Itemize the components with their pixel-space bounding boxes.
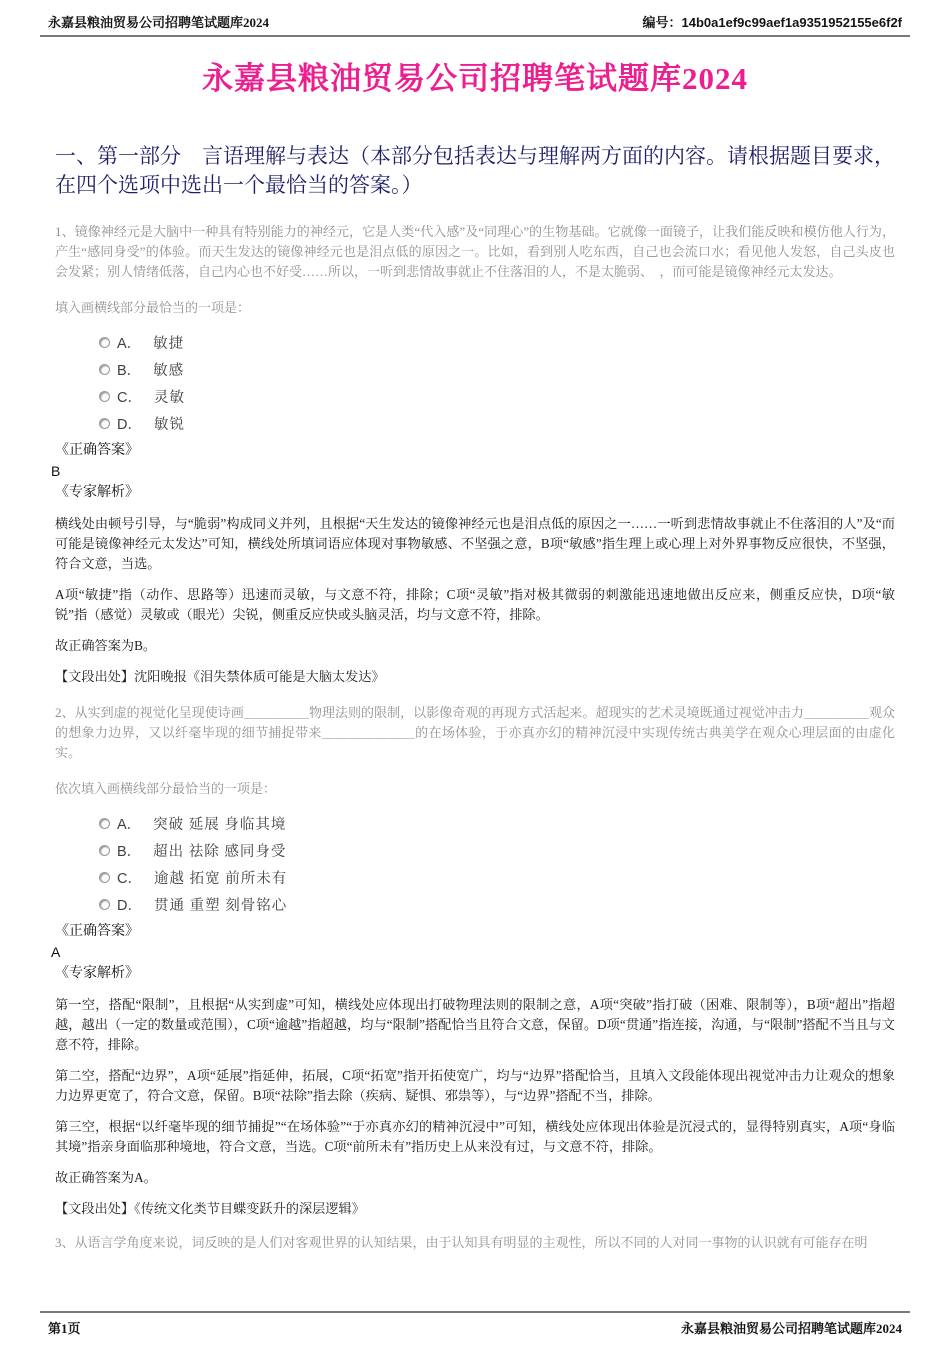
document-title: 永嘉县粮油贸易公司招聘笔试题库2024 (0, 53, 950, 98)
radio-button[interactable] (99, 337, 110, 348)
fill-in-prompt: 依次填入画横线部分最恰当的一项是： (55, 779, 895, 799)
option-row-d[interactable]: D． 敏锐 (99, 413, 950, 433)
option-letter: D． (117, 413, 142, 434)
document-header: 永嘉县粮油贸易公司招聘笔试题库2024 编号：14b0a1ef9c99aef1a… (40, 0, 910, 37)
footer-doc-title: 永嘉县粮油贸易公司招聘笔试题库2024 (681, 1318, 902, 1337)
radio-button[interactable] (99, 818, 110, 829)
analysis-conclusion: 故正确答案为B。 (55, 636, 895, 656)
correct-answer-label: 《正确答案》 (55, 921, 895, 942)
expert-analysis-label: 《专家解析》 (55, 963, 895, 984)
analysis-paragraph: A项“敏捷”指（动作、思路等）迅速而灵敏，与文意不符，排除；C项“灵敏”指对极其… (55, 585, 895, 625)
answer-block: 《正确答案》 A 《专家解析》 (55, 921, 895, 984)
radio-button[interactable] (99, 364, 110, 375)
option-letter: B． (117, 840, 141, 861)
radio-button[interactable] (99, 899, 110, 910)
page: 永嘉县粮油贸易公司招聘笔试题库2024 编号：14b0a1ef9c99aef1a… (0, 0, 950, 1345)
answer-block: 《正确答案》 B 《专家解析》 (55, 440, 895, 503)
radio-button[interactable] (99, 872, 110, 883)
option-text: 敏锐 (154, 413, 185, 434)
fill-in-prompt: 填入画横线部分最恰当的一项是： (55, 298, 895, 318)
question-block-2: 2、从实到虚的视觉化呈现使诗画＿＿＿＿＿物理法则的限制，以影像奇观的再现方式活起… (0, 703, 950, 1219)
option-text: 灵敏 (154, 386, 185, 407)
header-doc-id: 编号：14b0a1ef9c99aef1a9351952155e6f2f (643, 12, 902, 31)
option-text: 贯通 重塑 刻骨铭心 (154, 894, 287, 915)
header-title: 永嘉县粮油贸易公司招聘笔试题库2024 (48, 12, 269, 31)
question-stem: 1、镜像神经元是大脑中一种具有特别能力的神经元，它是人类“代入感”及“同理心”的… (55, 222, 895, 282)
analysis-paragraph: 第一空，搭配“限制”，且根据“从实到虚”可知，横线处应体现出打破物理法则的限制之… (55, 995, 895, 1055)
options-list: A． 突破 延展 身临其境 B． 超出 祛除 感同身受 C． 逾越 拓宽 前所未… (99, 813, 950, 914)
option-letter: A． (117, 332, 141, 353)
option-letter: C． (117, 867, 142, 888)
option-row-d[interactable]: D． 贯通 重塑 刻骨铭心 (99, 894, 950, 914)
option-row-a[interactable]: A． 敏捷 (99, 332, 950, 352)
option-row-b[interactable]: B． 敏感 (99, 359, 950, 379)
option-letter: C． (117, 386, 142, 407)
option-text: 敏捷 (153, 332, 184, 353)
option-text: 敏感 (153, 359, 184, 380)
passage-source: 【文段出处】沈阳晚报《泪失禁体质可能是大脑太发达》 (55, 667, 895, 687)
footer-page-number: 第1页 (48, 1318, 81, 1337)
page-footer: 第1页 永嘉县粮油贸易公司招聘笔试题库2024 (0, 1311, 950, 1345)
option-row-a[interactable]: A． 突破 延展 身临其境 (99, 813, 950, 833)
passage-source: 【文段出处】《传统文化类节目蝶变跃升的深层逻辑》 (55, 1199, 895, 1219)
options-list: A． 敏捷 B． 敏感 C． 灵敏 D． 敏锐 (99, 332, 950, 433)
correct-answer-value: B (51, 461, 895, 482)
question-stem: 2、从实到虚的视觉化呈现使诗画＿＿＿＿＿物理法则的限制，以影像奇观的再现方式活起… (55, 703, 895, 763)
analysis-paragraph: 第二空，搭配“边界”，A项“延展”指延伸，拓展，C项“拓宽”指开拓使宽广，均与“… (55, 1066, 895, 1106)
analysis-conclusion: 故正确答案为A。 (55, 1168, 895, 1188)
radio-button[interactable] (99, 391, 110, 402)
option-letter: B． (117, 359, 141, 380)
option-letter: D． (117, 894, 142, 915)
expert-analysis-label: 《专家解析》 (55, 482, 895, 503)
doc-id-value: 14b0a1ef9c99aef1a9351952155e6f2f (682, 15, 902, 30)
doc-id-label: 编号： (643, 15, 682, 30)
analysis-paragraph: 横线处由顿号引导，与“脆弱”构成同义并列，且根据“天生发达的镜像神经元也是泪点低… (55, 514, 895, 574)
option-text: 逾越 拓宽 前所未有 (154, 867, 287, 888)
option-row-c[interactable]: C． 灵敏 (99, 386, 950, 406)
radio-button[interactable] (99, 845, 110, 856)
next-question-preview: 3、从语言学角度来说，词反映的是人们对客观世界的认知结果，由于认知具有明显的主观… (55, 1233, 895, 1253)
section-heading: 一、第一部分 言语理解与表达（本部分包括表达与理解两方面的内容。请根据题目要求，… (55, 142, 895, 200)
option-text: 超出 祛除 感同身受 (153, 840, 286, 861)
correct-answer-value: A (51, 942, 895, 963)
analysis-paragraph: 第三空，根据“以纤毫毕现的细节捕捉”“在场体验”“于亦真亦幻的精神沉浸中”可知，… (55, 1117, 895, 1157)
option-row-b[interactable]: B． 超出 祛除 感同身受 (99, 840, 950, 860)
question-block-1: 1、镜像神经元是大脑中一种具有特别能力的神经元，它是人类“代入感”及“同理心”的… (0, 222, 950, 687)
option-row-c[interactable]: C． 逾越 拓宽 前所未有 (99, 867, 950, 887)
correct-answer-label: 《正确答案》 (55, 440, 895, 461)
radio-button[interactable] (99, 418, 110, 429)
option-text: 突破 延展 身临其境 (153, 813, 286, 834)
option-letter: A． (117, 813, 141, 834)
